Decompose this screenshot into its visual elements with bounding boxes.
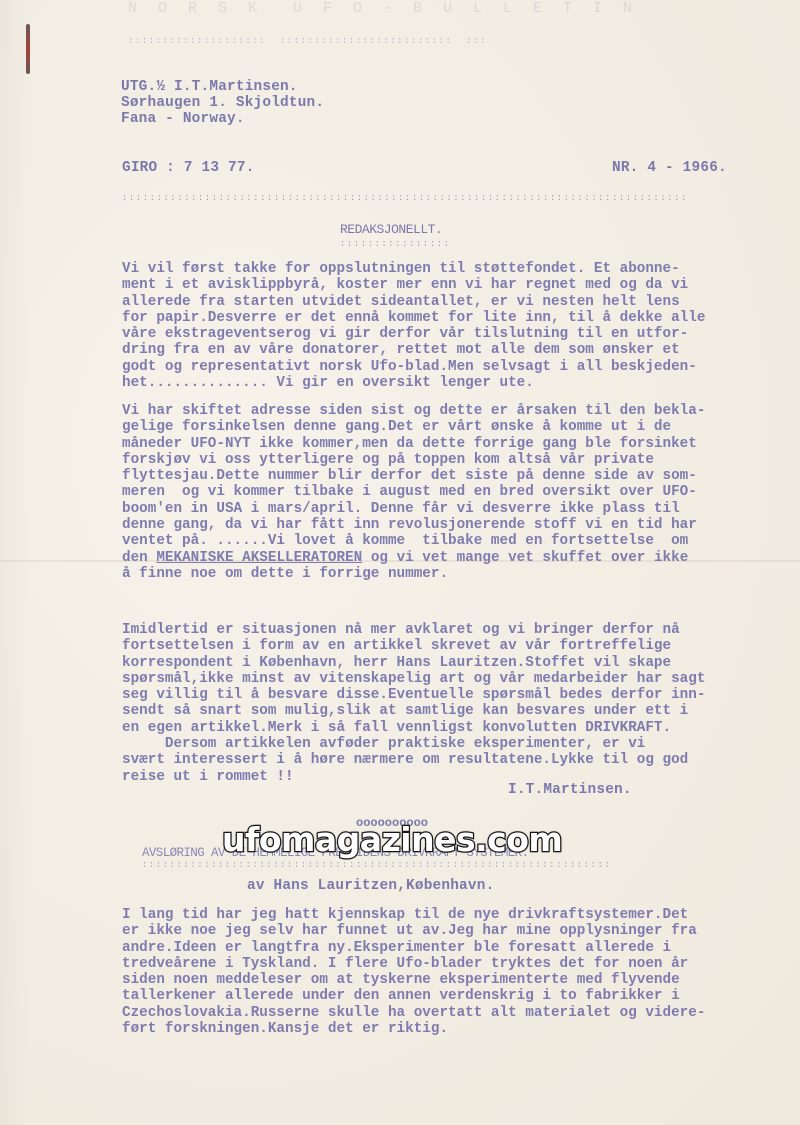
text-line: er ikke noe jeg selv har funnet ut av.Je… <box>122 923 705 939</box>
text-line: sendt så snart som mulig,slik at samtlig… <box>122 703 705 719</box>
editorial-heading: REDAKSJONELLT. <box>340 222 442 238</box>
text-line: svært interessert i å høre nærmere om re… <box>122 752 705 768</box>
text-line: ført forskningen.Kansje det er riktig. <box>122 1021 705 1037</box>
text-line: meren og vi kommer tilbake i august med … <box>122 484 705 500</box>
text-line: en egen artikkel.Merk i så fall vennligs… <box>122 720 705 736</box>
editorial-signature: I.T.Martinsen. <box>508 782 632 798</box>
text-line: gelige forsinkelsen denne gang.Det er vå… <box>122 419 705 435</box>
text-line: forskjøv vi oss ytterligere og på toppen… <box>122 452 705 468</box>
text-line: Vi har skiftet adresse siden sist og det… <box>122 403 705 419</box>
text-line: flyttesjau.Dette nummer blir derfor det … <box>122 468 705 484</box>
text-line: Czechoslovakia.Russerne skulle ha overta… <box>122 1005 705 1021</box>
text-line: godt og representativt norsk Ufo-blad.Me… <box>122 359 705 375</box>
masthead-bleedthrough: N O R S K U F O - B U L L E T I N <box>128 0 638 17</box>
editorial-heading-rule: :::::::::::::::: <box>340 239 450 249</box>
text-line: ment i et avisklippbyrå, koster mer enn … <box>122 277 705 293</box>
text-line: het.............. Vi gir en oversikt len… <box>122 375 705 391</box>
text-line: boom'en in USA i mars/april. Denne får v… <box>122 501 705 517</box>
text-line: denne gang, da vi har fått inn revolusjo… <box>122 517 705 533</box>
editorial-paragraph-2: Vi har skiftet adresse siden sist og det… <box>122 403 705 582</box>
text-line: I lang tid har jeg hatt kjennskap til de… <box>122 907 705 923</box>
underlined-term: MEKANISKE AKSELLERATOREN <box>156 550 362 566</box>
text-line: Imidlertid er situasjonen nå mer avklare… <box>122 622 705 638</box>
text-fragment: den <box>122 550 156 566</box>
text-line: korrespondent i København, herr Hans Lau… <box>122 655 705 671</box>
publisher-line-2: Sørhaugen 1. Skjoldtun. <box>121 95 324 111</box>
text-line: for papir.Desverre er det ennå kommet fo… <box>122 310 705 326</box>
header-divider: ::::::::::::::::::::::::::::::::::::::::… <box>122 193 772 203</box>
article-title-rule: ::::::::::::::::::::::::::::::::::::::::… <box>142 860 662 870</box>
masthead-rule: :::::::::::::::::::: :::::::::::::::::::… <box>128 36 488 46</box>
text-line: andre.Ideen er langtfra ny.Eksperimenter… <box>122 940 705 956</box>
text-line: måneder UFO-NYT ikke kommer,men da dette… <box>122 436 705 452</box>
text-line: Vi vil først takke for oppslutningen til… <box>122 261 705 277</box>
text-fragment: og vi vet mange vet skuffet over ikke <box>362 550 688 566</box>
text-line: allerede fra starten utvidet sideantalle… <box>122 294 705 310</box>
text-line: siden noen meddeleser om at tyskerne eks… <box>122 972 705 988</box>
text-line: å finne noe om dette i forrige nummer. <box>122 566 705 582</box>
editorial-paragraph-1: Vi vil først takke for oppslutningen til… <box>122 261 705 391</box>
publisher-line-3: Fana - Norway. <box>121 111 245 127</box>
text-line: tallerkener allerede under den annen ver… <box>122 988 705 1004</box>
text-line: seg villig til å besvare disse.Eventuell… <box>122 687 705 703</box>
editorial-paragraph-3: Imidlertid er situasjonen nå mer avklare… <box>122 622 705 785</box>
text-line: spørsmål,ikke minst av vitenskapelig art… <box>122 671 705 687</box>
text-line: ventet på. ......Vi lovet å komme tilbak… <box>122 533 705 549</box>
text-line: dring fra en av våre donatorer, rettet m… <box>122 342 705 358</box>
publisher-line-1: UTG.½ I.T.Martinsen. <box>121 79 298 95</box>
giro-number: GIRO : 7 13 77. <box>122 160 255 176</box>
text-line-with-underline: den MEKANISKE AKSELLERATOREN og vi vet m… <box>122 550 705 566</box>
watermark-logo: ufomagazines.com <box>222 820 562 859</box>
text-line: tredveårene i Tyskland. I flere Ufo-blad… <box>122 956 705 972</box>
text-line: fortsettelsen i form av en artikkel skre… <box>122 638 705 654</box>
article-body: I lang tid har jeg hatt kjennskap til de… <box>122 907 705 1037</box>
scanned-page: N O R S K U F O - B U L L E T I N ::::::… <box>0 0 800 1125</box>
issue-number: NR. 4 - 1966. <box>612 160 727 176</box>
article-byline: av Hans Lauritzen,København. <box>247 878 494 894</box>
text-line: Dersom artikkelen avføder praktiske eksp… <box>122 736 705 752</box>
text-line: våre ekstrageventserog vi gir derfor vår… <box>122 326 705 342</box>
staple-icon <box>26 24 30 74</box>
